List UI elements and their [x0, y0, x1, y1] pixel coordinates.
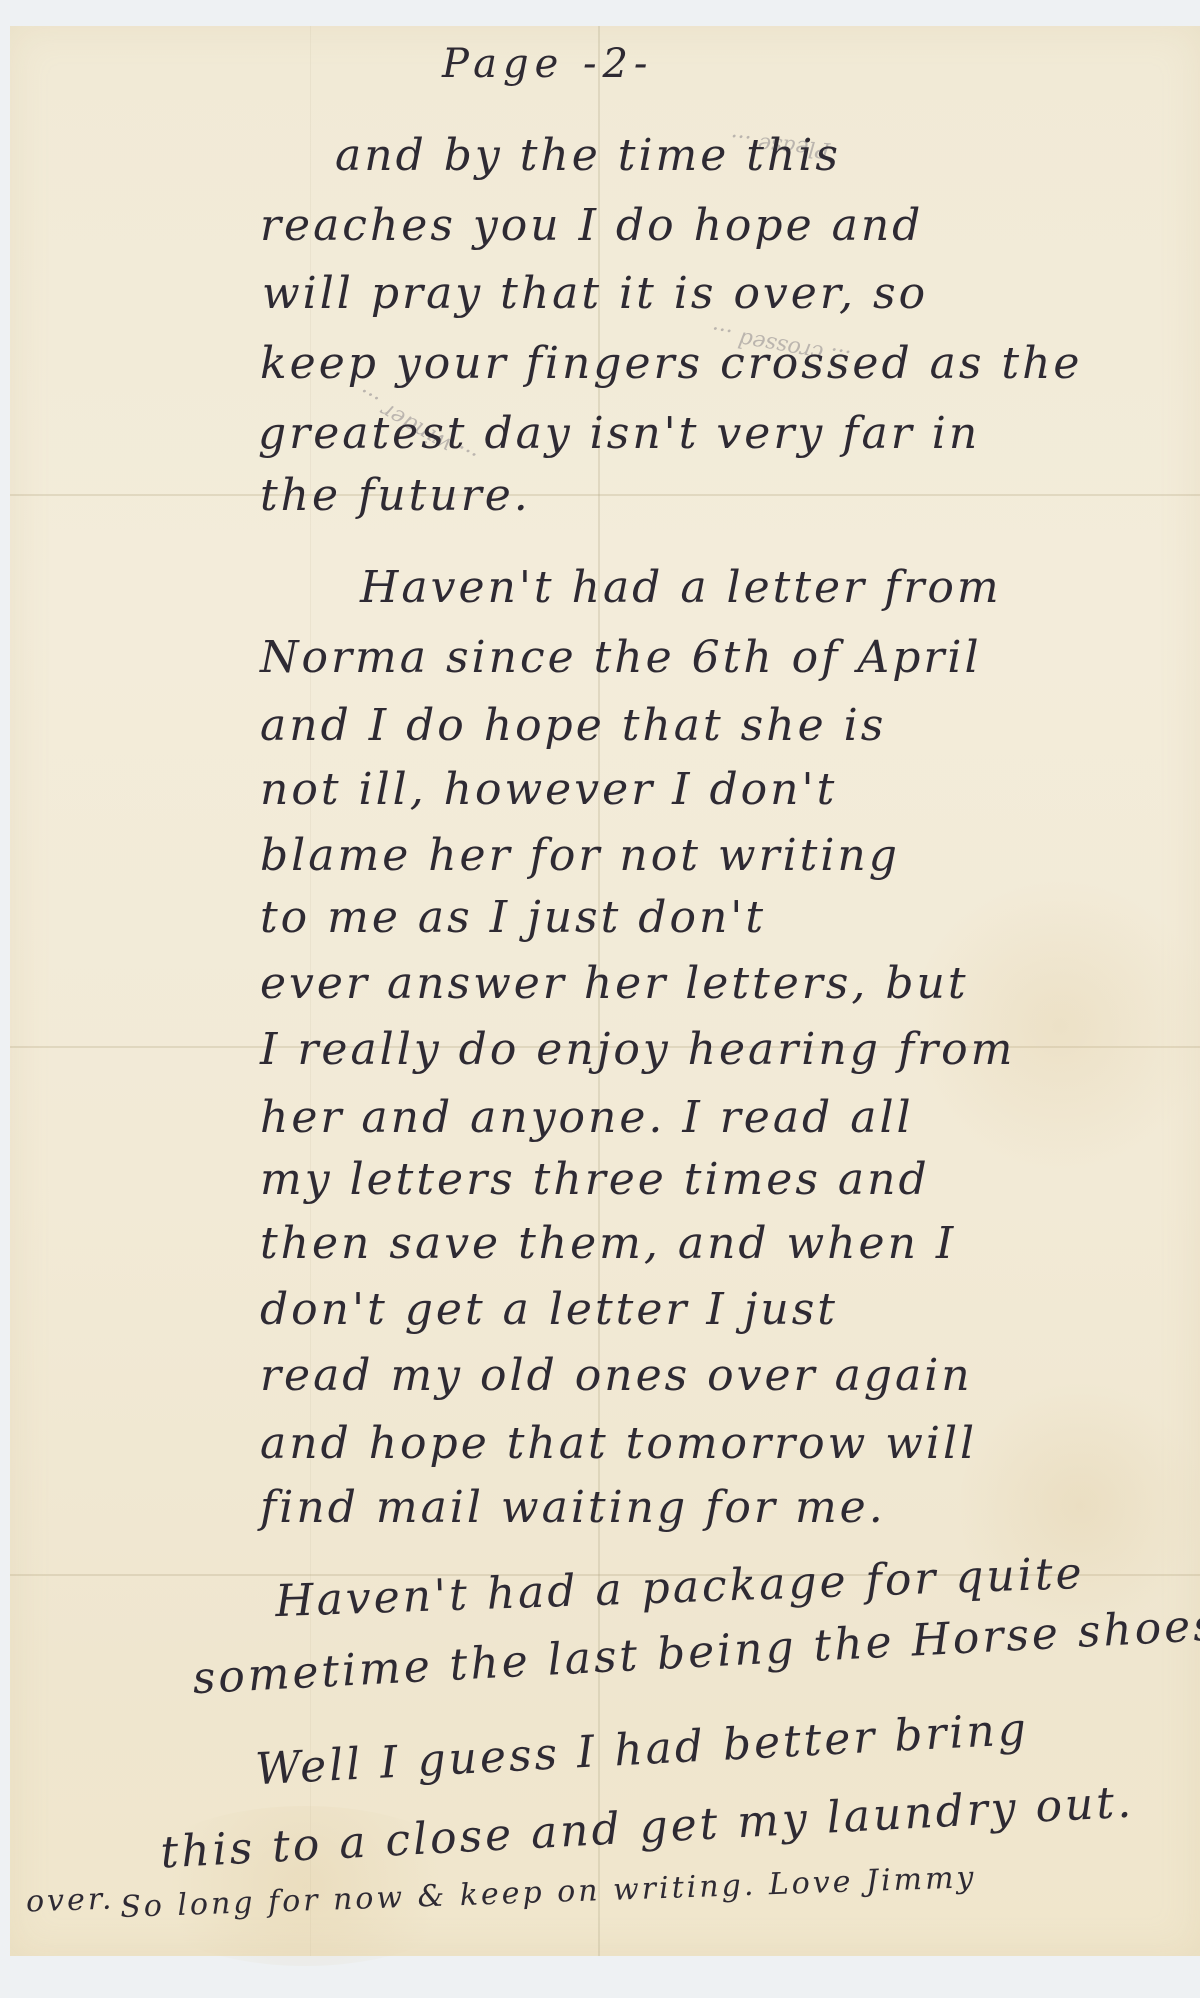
letter-line: read my old ones over again — [260, 1354, 973, 1398]
letter-line: to me as I just don't — [260, 896, 766, 940]
page-heading: Page -2- — [442, 44, 653, 84]
letter-line: find mail waiting for me. — [260, 1486, 886, 1530]
letter-line: keep your fingers crossed as the — [260, 342, 1082, 386]
letter-line: reaches you I do hope and — [260, 204, 923, 248]
letter-line: blame her for not writing — [260, 834, 900, 878]
letter-line: I really do enjoy hearing from — [260, 1028, 1015, 1072]
letter-line: my letters three times and — [260, 1158, 930, 1202]
scanned-letter: Please ... ... crossed ... ... winder ..… — [0, 0, 1200, 1998]
letter-line: don't get a letter I just — [260, 1288, 838, 1332]
horizontal-fold-crease — [10, 494, 1200, 496]
letter-line: then save them, and when I — [260, 1222, 956, 1266]
letter-line: ever answer her letters, but — [260, 962, 969, 1006]
letter-line: Norma since the 6th of April — [260, 636, 982, 680]
letter-line: and I do hope that she is — [260, 704, 886, 748]
letter-line: and hope that tomorrow will — [260, 1422, 977, 1466]
letter-line: Well I guess I had better bring — [254, 1708, 1030, 1792]
letter-line: will pray that it is over, so — [262, 272, 928, 316]
letter-line: greatest day isn't very far in — [258, 412, 980, 456]
letter-line: Haven't had a letter from — [360, 566, 1002, 610]
letter-line: the future. — [260, 474, 531, 518]
letter-line: this to a close and get my laundry out. — [160, 1781, 1135, 1876]
letter-line: not ill, however I don't — [260, 768, 837, 812]
letter-line: her and anyone. I read all — [260, 1096, 914, 1140]
letter-page: Please ... ... crossed ... ... winder ..… — [10, 26, 1200, 1956]
margin-note: over. — [26, 1884, 115, 1917]
letter-line: and by the time this — [335, 134, 841, 178]
